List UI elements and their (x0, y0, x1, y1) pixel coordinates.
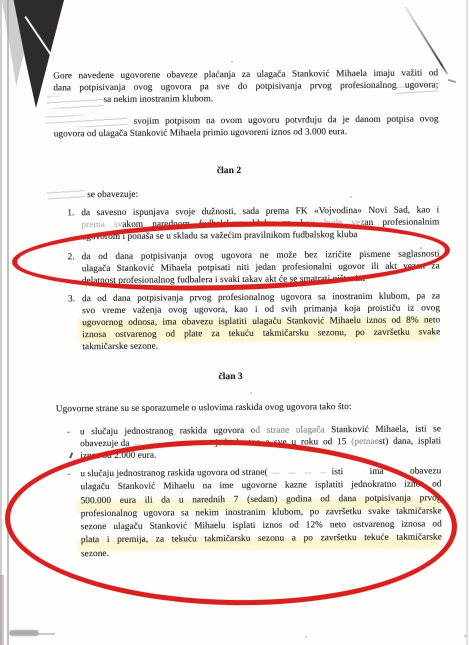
whiteout-patch (347, 438, 379, 449)
article-2-heading: član 2 (54, 164, 404, 178)
paragraph-payment-obligation: Gore navedene ugovorene obaveze plaćanja… (53, 67, 438, 106)
article-2-item-3: 3. da od dana potpisivanja prvog profesi… (55, 290, 440, 353)
redaction-blot (47, 188, 85, 199)
redaction-blot (46, 115, 128, 128)
article-3-intro: Ugovorne strane su se sporazumele o uslo… (56, 400, 441, 415)
article-3-heading: član 3 (56, 370, 406, 384)
scanned-contract-page: Gore navedene ugovorene obaveze plaćanja… (0, 0, 470, 645)
article-2-intro: se obavezuje: (54, 186, 439, 201)
text-line: ugovora od ulagača Stanković Mihaela pri… (54, 125, 439, 140)
text-line: sa nekim inostranim klubom. (53, 92, 438, 107)
text-line: se obavezuje: (54, 186, 439, 201)
text-line: takmičarske sezone. (82, 339, 440, 354)
list-number: 3. (68, 293, 82, 354)
redaction-blot (46, 96, 103, 108)
text-line: Ugovorne strane su se sporazumele o uslo… (56, 400, 441, 415)
whiteout-patch (253, 426, 325, 437)
redaction-blot (394, 82, 438, 93)
